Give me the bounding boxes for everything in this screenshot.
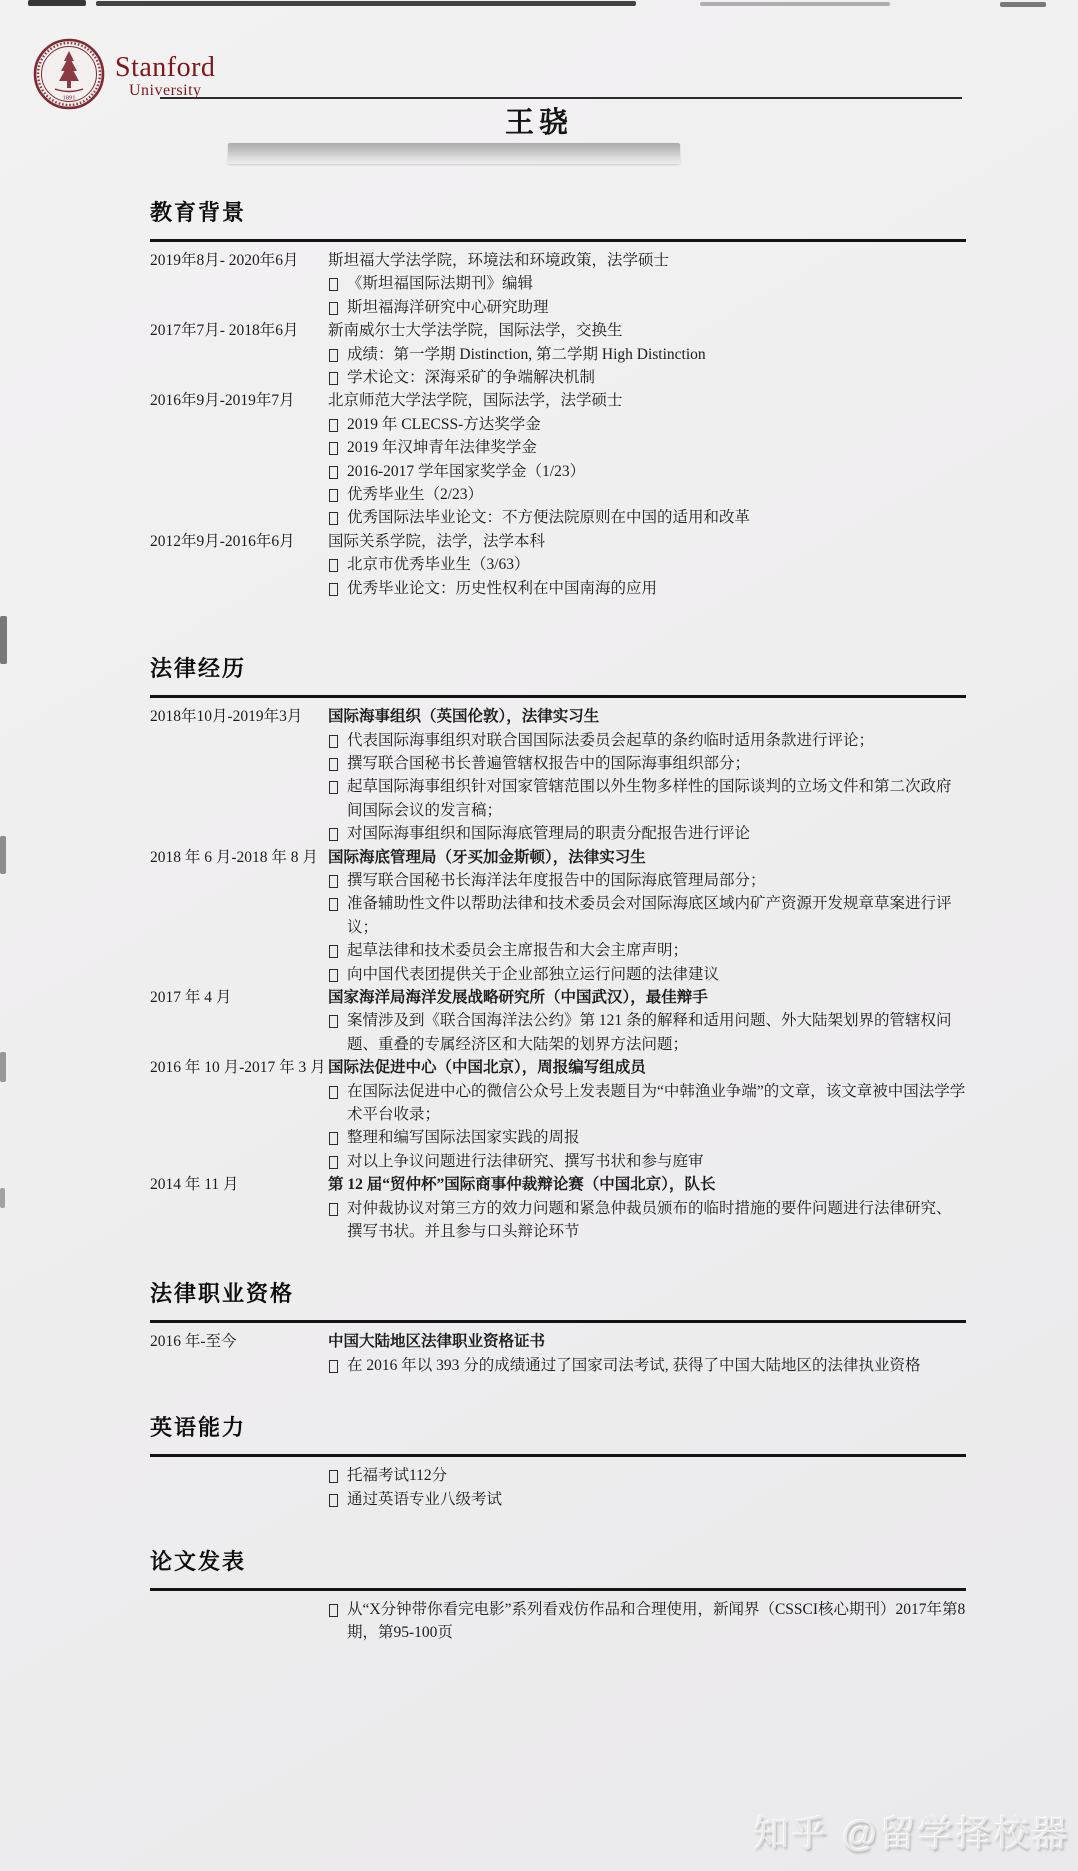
- square-bullet-icon: [329, 969, 338, 982]
- entry-content: 北京师范大学法学院，国际法学，法学硕士2019 年 CLECSS-方达奖学金20…: [328, 389, 966, 529]
- entry-date: 2018 年 6 月-2018 年 8 月: [150, 846, 328, 869]
- wordmark-stanford: Stanford: [115, 54, 215, 82]
- resume-entry: 2019年8月- 2020年6月斯坦福大学法学院，环境法和环境政策，法学硕士《斯…: [150, 249, 966, 319]
- section-title: 论文发表: [150, 1545, 966, 1576]
- bullet-item: 《斯坦福国际法期刊》编辑: [328, 272, 966, 295]
- bullet-text: 优秀毕业论文：历史性权利在中国南海的应用: [347, 580, 657, 597]
- bullet-text: 对以上争议问题进行法律研究、撰写书状和参与庭审: [347, 1153, 704, 1170]
- entry-date: 2012年9月-2016年6月: [150, 530, 328, 553]
- entry-title: 国际关系学院，法学，法学本科: [328, 530, 966, 553]
- bullet-item: 对国际海事组织和国际海底管理局的职责分配报告进行评论: [328, 822, 966, 845]
- entry-title: 国际海事组织（英国伦敦），法律实习生: [328, 705, 966, 728]
- bullet-list: 代表国际海事组织对联合国国际法委员会起草的条约临时适用条款进行评论；撰写联合国秘…: [328, 729, 966, 846]
- section-publications: 论文发表从“X分钟带你看完电影”系列看戏仿作品和合理使用，新闻界（CSSCI核心…: [150, 1545, 966, 1645]
- square-bullet-icon: [329, 278, 338, 291]
- bullet-item: 优秀国际法毕业论文：不方便法院原则在中国的适用和改革: [328, 506, 966, 529]
- bullet-text: 2019 年汉坤青年法律奖学金: [347, 439, 537, 456]
- entry-title: 中国大陆地区法律职业资格证书: [328, 1330, 966, 1353]
- bullet-text: 从“X分钟带你看完电影”系列看戏仿作品和合理使用，新闻界（CSSCI核心期刊）2…: [347, 1601, 965, 1641]
- bullet-text: 对国际海事组织和国际海底管理局的职责分配报告进行评论: [347, 825, 750, 842]
- bullet-text: 成绩：第一学期 Distinction, 第二学期 High Distincti…: [347, 346, 706, 363]
- resume-entry: 2018 年 6 月-2018 年 8 月国际海底管理局（牙买加金斯顿），法律实…: [150, 846, 966, 986]
- section-title: 英语能力: [150, 1411, 966, 1442]
- bullet-text: 北京市优秀毕业生（3/63）: [347, 556, 530, 573]
- square-bullet-icon: [329, 758, 338, 771]
- scan-artifact: [0, 836, 6, 874]
- bullet-text: 托福考试112分: [347, 1467, 447, 1484]
- resume-entry: 2014 年 11 月第 12 届“贸仲杯”国际商事仲裁辩论赛（中国北京），队长…: [150, 1173, 966, 1243]
- section-rule: [150, 1588, 966, 1591]
- scan-artifact: [0, 1188, 5, 1208]
- square-bullet-icon: [329, 1203, 338, 1216]
- section-title: 法律经历: [150, 652, 966, 683]
- bullet-text: 对仲裁协议对第三方的效力问题和紧急仲裁员颁布的临时措施的要件问题进行法律研究、撰…: [347, 1200, 952, 1240]
- bullet-text: 案情涉及到《联合国海洋法公约》第 121 条的解释和适用问题、外大陆架划界的管辖…: [347, 1012, 952, 1052]
- square-bullet-icon: [329, 1132, 338, 1145]
- entry-title: 第 12 届“贸仲杯”国际商事仲裁辩论赛（中国北京），队长: [328, 1173, 966, 1196]
- section-rule: [150, 1454, 966, 1457]
- resume-entry: 2018年10月-2019年3月国际海事组织（英国伦敦），法律实习生代表国际海事…: [150, 705, 966, 845]
- resume-entry: 从“X分钟带你看完电影”系列看戏仿作品和合理使用，新闻界（CSSCI核心期刊）2…: [150, 1598, 966, 1645]
- entry-content: 国际关系学院，法学，法学本科北京市优秀毕业生（3/63）优秀毕业论文：历史性权利…: [328, 530, 966, 600]
- bullet-item: 学术论文：深海采矿的争端解决机制: [328, 366, 966, 389]
- section-english-ability: 英语能力托福考试112分通过英语专业八级考试: [150, 1411, 966, 1511]
- entry-content: 斯坦福大学法学院，环境法和环境政策，法学硕士《斯坦福国际法期刊》编辑斯坦福海洋研…: [328, 249, 966, 319]
- bullet-item: 整理和编写国际法国家实践的周报: [328, 1126, 966, 1149]
- entry-date: 2016年9月-2019年7月: [150, 389, 328, 412]
- bullet-text: 学术论文：深海采矿的争端解决机制: [347, 369, 595, 386]
- square-bullet-icon: [329, 489, 338, 502]
- name-divider-bar: [228, 143, 680, 164]
- bullet-text: 代表国际海事组织对联合国国际法委员会起草的条约临时适用条款进行评论；: [347, 732, 874, 749]
- bullet-item: 代表国际海事组织对联合国国际法委员会起草的条约临时适用条款进行评论；: [328, 729, 966, 752]
- candidate-name: 王骁: [0, 100, 1078, 141]
- stanford-wordmark: Stanford University: [115, 54, 215, 99]
- resume-page: 1891 Stanford University 王骁 教育背景2019年8月-…: [0, 0, 1078, 1871]
- square-bullet-icon: [329, 898, 338, 911]
- bullet-list: 在 2016 年以 393 分的成绩通过了国家司法考试, 获得了中国大陆地区的法…: [328, 1354, 966, 1377]
- bullet-text: 准备辅助性文件以帮助法律和技术委员会对国际海底区域内矿产资源开发规章草案进行评议…: [347, 895, 952, 935]
- resume-entry: 2012年9月-2016年6月国际关系学院，法学，法学本科北京市优秀毕业生（3/…: [150, 530, 966, 600]
- resume-entry: 2016年9月-2019年7月北京师范大学法学院，国际法学，法学硕士2019 年…: [150, 389, 966, 529]
- entry-title: 斯坦福大学法学院，环境法和环境政策，法学硕士: [328, 249, 966, 272]
- bullet-list: 从“X分钟带你看完电影”系列看戏仿作品和合理使用，新闻界（CSSCI核心期刊）2…: [328, 1598, 966, 1645]
- square-bullet-icon: [329, 781, 338, 794]
- resume-entry: 2017年7月- 2018年6月新南威尔士大学法学院，国际法学，交换生成绩：第一…: [150, 319, 966, 389]
- section-legal-qualification: 法律职业资格2016 年-至今中国大陆地区法律职业资格证书在 2016 年以 3…: [150, 1277, 966, 1377]
- zhihu-watermark: 知乎 @留学择校器: [753, 1806, 1070, 1857]
- entry-title: 北京师范大学法学院，国际法学，法学硕士: [328, 389, 966, 412]
- section-rule: [150, 239, 966, 242]
- square-bullet-icon: [329, 1156, 338, 1169]
- entry-content: 新南威尔士大学法学院，国际法学，交换生成绩：第一学期 Distinction, …: [328, 319, 966, 389]
- bullet-list: 撰写联合国秘书长海洋法年度报告中的国际海底管理局部分；准备辅助性文件以帮助法律和…: [328, 869, 966, 986]
- bullet-list: 《斯坦福国际法期刊》编辑斯坦福海洋研究中心研究助理: [328, 272, 966, 319]
- bullet-item: 对仲裁协议对第三方的效力问题和紧急仲裁员颁布的临时措施的要件问题进行法律研究、撰…: [328, 1197, 966, 1244]
- header-rule: [160, 97, 962, 99]
- square-bullet-icon: [329, 1604, 338, 1617]
- bullet-text: 起草法律和技术委员会主席报告和大会主席声明；: [347, 942, 688, 959]
- section-title: 法律职业资格: [150, 1277, 966, 1308]
- section-education: 教育背景2019年8月- 2020年6月斯坦福大学法学院，环境法和环境政策，法学…: [150, 196, 966, 600]
- square-bullet-icon: [329, 442, 338, 455]
- bullet-text: 撰写联合国秘书长海洋法年度报告中的国际海底管理局部分；: [347, 872, 766, 889]
- entry-content: 国际海事组织（英国伦敦），法律实习生代表国际海事组织对联合国国际法委员会起草的条…: [328, 705, 966, 845]
- page-header: 1891 Stanford University 王骁: [0, 0, 1078, 172]
- scan-artifact: [0, 1052, 6, 1082]
- bullet-item: 在国际法促进中心的微信公众号上发表题目为“中韩渔业争端”的文章，该文章被中国法学…: [328, 1080, 966, 1127]
- resume-entry: 托福考试112分通过英语专业八级考试: [150, 1464, 966, 1511]
- square-bullet-icon: [329, 512, 338, 525]
- entry-date: 2016 年-至今: [150, 1330, 328, 1353]
- entry-title: 国家海洋局海洋发展战略研究所（中国武汉），最佳辩手: [328, 986, 966, 1009]
- section-legal-experience: 法律经历2018年10月-2019年3月国际海事组织（英国伦敦），法律实习生代表…: [150, 652, 966, 1243]
- bullet-item: 案情涉及到《联合国海洋法公约》第 121 条的解释和适用问题、外大陆架划界的管辖…: [328, 1009, 966, 1056]
- square-bullet-icon: [329, 1015, 338, 1028]
- section-title: 教育背景: [150, 196, 966, 227]
- entry-content: 中国大陆地区法律职业资格证书在 2016 年以 393 分的成绩通过了国家司法考…: [328, 1330, 966, 1377]
- bullet-text: 向中国代表团提供关于企业部独立运行问题的法律建议: [347, 966, 719, 983]
- bullet-item: 撰写联合国秘书长海洋法年度报告中的国际海底管理局部分；: [328, 869, 966, 892]
- bullet-item: 2019 年 CLECSS-方达奖学金: [328, 413, 966, 436]
- resume-entry: 2017 年 4 月国家海洋局海洋发展战略研究所（中国武汉），最佳辩手案情涉及到…: [150, 986, 966, 1056]
- bullet-item: 斯坦福海洋研究中心研究助理: [328, 296, 966, 319]
- square-bullet-icon: [329, 945, 338, 958]
- entry-date: 2014 年 11 月: [150, 1173, 328, 1196]
- square-bullet-icon: [329, 1470, 338, 1483]
- section-rule: [150, 695, 966, 698]
- bullet-item: 优秀毕业论文：历史性权利在中国南海的应用: [328, 577, 966, 600]
- bullet-list: 2019 年 CLECSS-方达奖学金2019 年汉坤青年法律奖学金2016-2…: [328, 413, 966, 530]
- bullet-item: 2016-2017 学年国家奖学金（1/23）: [328, 460, 966, 483]
- bullet-text: 2019 年 CLECSS-方达奖学金: [347, 416, 541, 433]
- bullet-item: 在 2016 年以 393 分的成绩通过了国家司法考试, 获得了中国大陆地区的法…: [328, 1354, 966, 1377]
- entry-date: 2017 年 4 月: [150, 986, 328, 1009]
- entry-date: 2017年7月- 2018年6月: [150, 319, 328, 342]
- bullet-item: 对以上争议问题进行法律研究、撰写书状和参与庭审: [328, 1150, 966, 1173]
- square-bullet-icon: [329, 466, 338, 479]
- bullet-item: 托福考试112分: [328, 1464, 966, 1487]
- bullet-text: 起草国际海事组织针对国家管辖范围以外生物多样性的国际谈判的立场文件和第二次政府间…: [347, 778, 952, 818]
- square-bullet-icon: [329, 583, 338, 596]
- entry-content: 国际法促进中心（中国北京），周报编写组成员在国际法促进中心的微信公众号上发表题目…: [328, 1056, 966, 1173]
- square-bullet-icon: [329, 1086, 338, 1099]
- square-bullet-icon: [329, 828, 338, 841]
- entry-content: 第 12 届“贸仲杯”国际商事仲裁辩论赛（中国北京），队长对仲裁协议对第三方的效…: [328, 1173, 966, 1243]
- bullet-text: 撰写联合国秘书长普遍管辖权报告中的国际海事组织部分；: [347, 755, 750, 772]
- square-bullet-icon: [329, 419, 338, 432]
- square-bullet-icon: [329, 875, 338, 888]
- resume-entry: 2016 年-至今中国大陆地区法律职业资格证书在 2016 年以 393 分的成…: [150, 1330, 966, 1377]
- entry-content: 国家海洋局海洋发展战略研究所（中国武汉），最佳辩手案情涉及到《联合国海洋法公约》…: [328, 986, 966, 1056]
- bullet-item: 向中国代表团提供关于企业部独立运行问题的法律建议: [328, 963, 966, 986]
- square-bullet-icon: [329, 372, 338, 385]
- bullet-text: 优秀国际法毕业论文：不方便法院原则在中国的适用和改革: [347, 509, 750, 526]
- square-bullet-icon: [329, 559, 338, 572]
- bullet-list: 托福考试112分通过英语专业八级考试: [328, 1464, 966, 1511]
- bullet-item: 起草法律和技术委员会主席报告和大会主席声明；: [328, 939, 966, 962]
- bullet-item: 从“X分钟带你看完电影”系列看戏仿作品和合理使用，新闻界（CSSCI核心期刊）2…: [328, 1598, 966, 1645]
- entry-date: 2016 年 10 月-2017 年 3 月: [150, 1056, 328, 1079]
- bullet-text: 优秀毕业生（2/23）: [347, 486, 483, 503]
- wordmark-university: University: [129, 82, 215, 99]
- bullet-item: 通过英语专业八级考试: [328, 1488, 966, 1511]
- entry-title: 国际法促进中心（中国北京），周报编写组成员: [328, 1056, 966, 1079]
- bullet-list: 对仲裁协议对第三方的效力问题和紧急仲裁员颁布的临时措施的要件问题进行法律研究、撰…: [328, 1197, 966, 1244]
- bullet-text: 整理和编写国际法国家实践的周报: [347, 1129, 580, 1146]
- entry-title: 新南威尔士大学法学院，国际法学，交换生: [328, 319, 966, 342]
- square-bullet-icon: [329, 1494, 338, 1507]
- bullet-item: 准备辅助性文件以帮助法律和技术委员会对国际海底区域内矿产资源开发规章草案进行评议…: [328, 892, 966, 939]
- bullet-text: 2016-2017 学年国家奖学金（1/23）: [347, 463, 585, 480]
- section-rule: [150, 1320, 966, 1323]
- bullet-item: 成绩：第一学期 Distinction, 第二学期 High Distincti…: [328, 343, 966, 366]
- bullet-text: 在 2016 年以 393 分的成绩通过了国家司法考试, 获得了中国大陆地区的法…: [347, 1357, 921, 1374]
- bullet-item: 撰写联合国秘书长普遍管辖权报告中的国际海事组织部分；: [328, 752, 966, 775]
- bullet-text: 《斯坦福国际法期刊》编辑: [347, 275, 533, 292]
- bullet-item: 起草国际海事组织针对国家管辖范围以外生物多样性的国际谈判的立场文件和第二次政府间…: [328, 775, 966, 822]
- bullet-item: 北京市优秀毕业生（3/63）: [328, 553, 966, 576]
- bullet-text: 斯坦福海洋研究中心研究助理: [347, 299, 549, 316]
- bullet-list: 在国际法促进中心的微信公众号上发表题目为“中韩渔业争端”的文章，该文章被中国法学…: [328, 1080, 966, 1174]
- bullet-list: 案情涉及到《联合国海洋法公约》第 121 条的解释和适用问题、外大陆架划界的管辖…: [328, 1009, 966, 1056]
- entry-title: 国际海底管理局（牙买加金斯顿），法律实习生: [328, 846, 966, 869]
- square-bullet-icon: [329, 1360, 338, 1373]
- bullet-item: 优秀毕业生（2/23）: [328, 483, 966, 506]
- entry-content: 从“X分钟带你看完电影”系列看戏仿作品和合理使用，新闻界（CSSCI核心期刊）2…: [328, 1598, 966, 1645]
- resume-entry: 2016 年 10 月-2017 年 3 月国际法促进中心（中国北京），周报编写…: [150, 1056, 966, 1173]
- entry-date: 2019年8月- 2020年6月: [150, 249, 328, 272]
- entry-date: 2018年10月-2019年3月: [150, 705, 328, 728]
- bullet-text: 通过英语专业八级考试: [347, 1491, 502, 1508]
- entry-content: 托福考试112分通过英语专业八级考试: [328, 1464, 966, 1511]
- entry-content: 国际海底管理局（牙买加金斯顿），法律实习生撰写联合国秘书长海洋法年度报告中的国际…: [328, 846, 966, 986]
- square-bullet-icon: [329, 349, 338, 362]
- square-bullet-icon: [329, 735, 338, 748]
- square-bullet-icon: [329, 302, 338, 315]
- bullet-item: 2019 年汉坤青年法律奖学金: [328, 436, 966, 459]
- resume-sections: 教育背景2019年8月- 2020年6月斯坦福大学法学院，环境法和环境政策，法学…: [0, 196, 1078, 1645]
- bullet-text: 在国际法促进中心的微信公众号上发表题目为“中韩渔业争端”的文章，该文章被中国法学…: [347, 1083, 965, 1123]
- scan-artifact: [0, 616, 7, 664]
- bullet-list: 北京市优秀毕业生（3/63）优秀毕业论文：历史性权利在中国南海的应用: [328, 553, 966, 600]
- bullet-list: 成绩：第一学期 Distinction, 第二学期 High Distincti…: [328, 343, 966, 390]
